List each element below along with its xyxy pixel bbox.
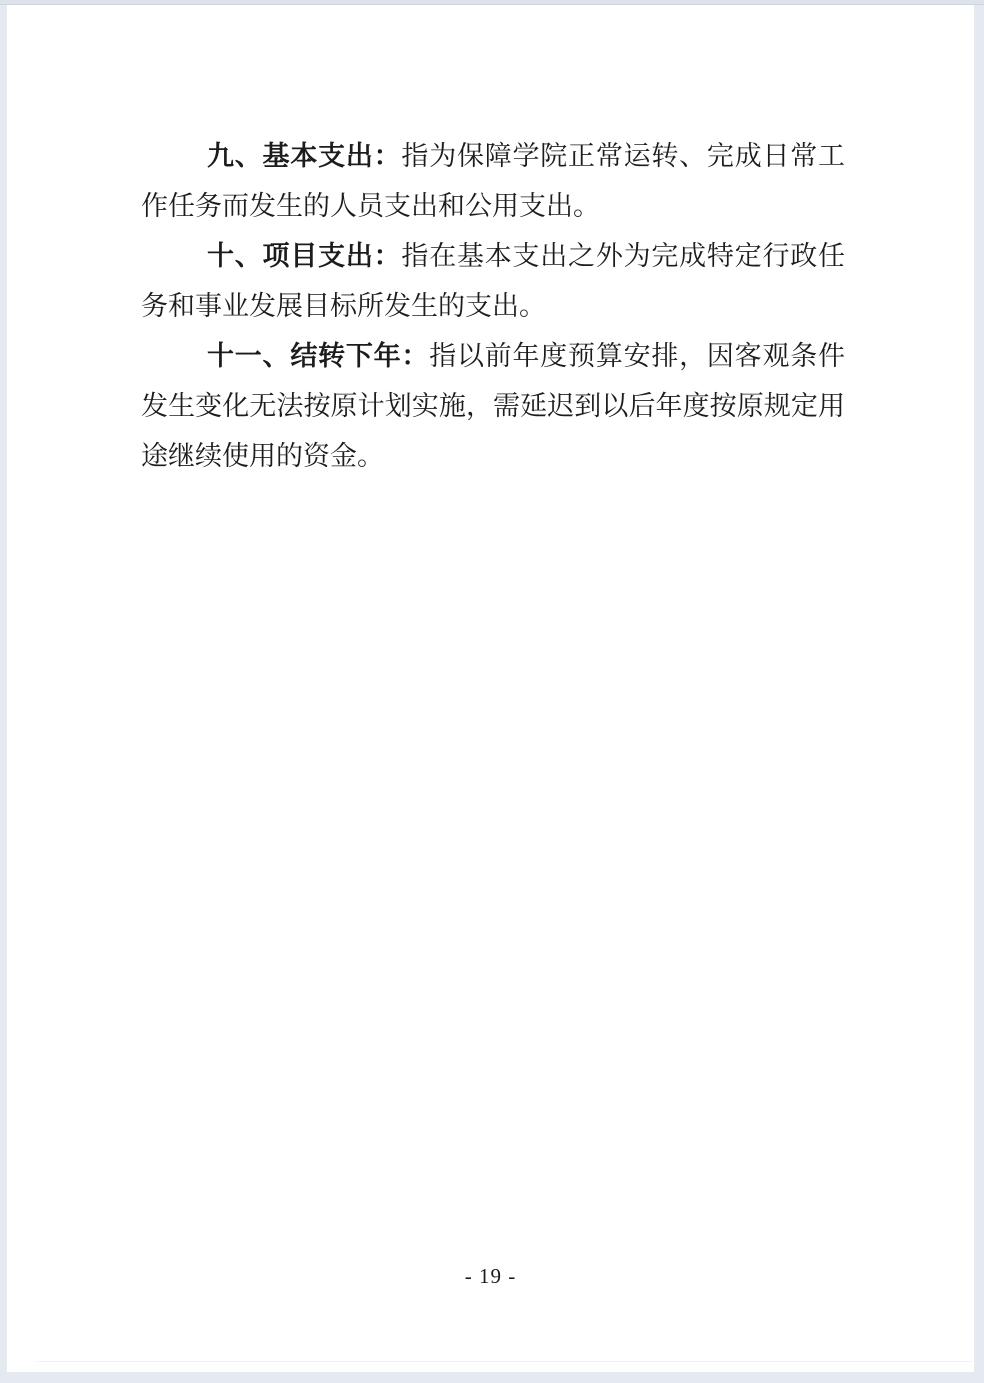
page-edge-shadow <box>37 1361 972 1362</box>
paragraph-project-expenditure: 十、项目支出：指在基本支出之外为完成特定行政任务和事业发展目标所发生的支出。 <box>141 231 845 331</box>
paragraph-lead: 十、项目支出： <box>207 241 401 271</box>
paragraph-basic-expenditure: 九、基本支出：指为保障学院正常运转、完成日常工作任务而发生的人员支出和公用支出。 <box>141 131 845 231</box>
document-page: 九、基本支出：指为保障学院正常运转、完成日常工作任务而发生的人员支出和公用支出。… <box>7 5 974 1372</box>
paragraph-lead: 十一、结转下年： <box>207 341 429 371</box>
document-viewer: { "page": { "number": "- 19 -", "backgro… <box>0 0 984 1383</box>
page-number: - 19 - <box>7 1263 974 1289</box>
paragraph-carryover-funds: 十一、结转下年：指以前年度预算安排，因客观条件发生变化无法按原计划实施，需延迟到… <box>141 331 845 481</box>
document-content: 九、基本支出：指为保障学院正常运转、完成日常工作任务而发生的人员支出和公用支出。… <box>141 131 845 481</box>
paragraph-lead: 九、基本支出： <box>207 141 401 171</box>
